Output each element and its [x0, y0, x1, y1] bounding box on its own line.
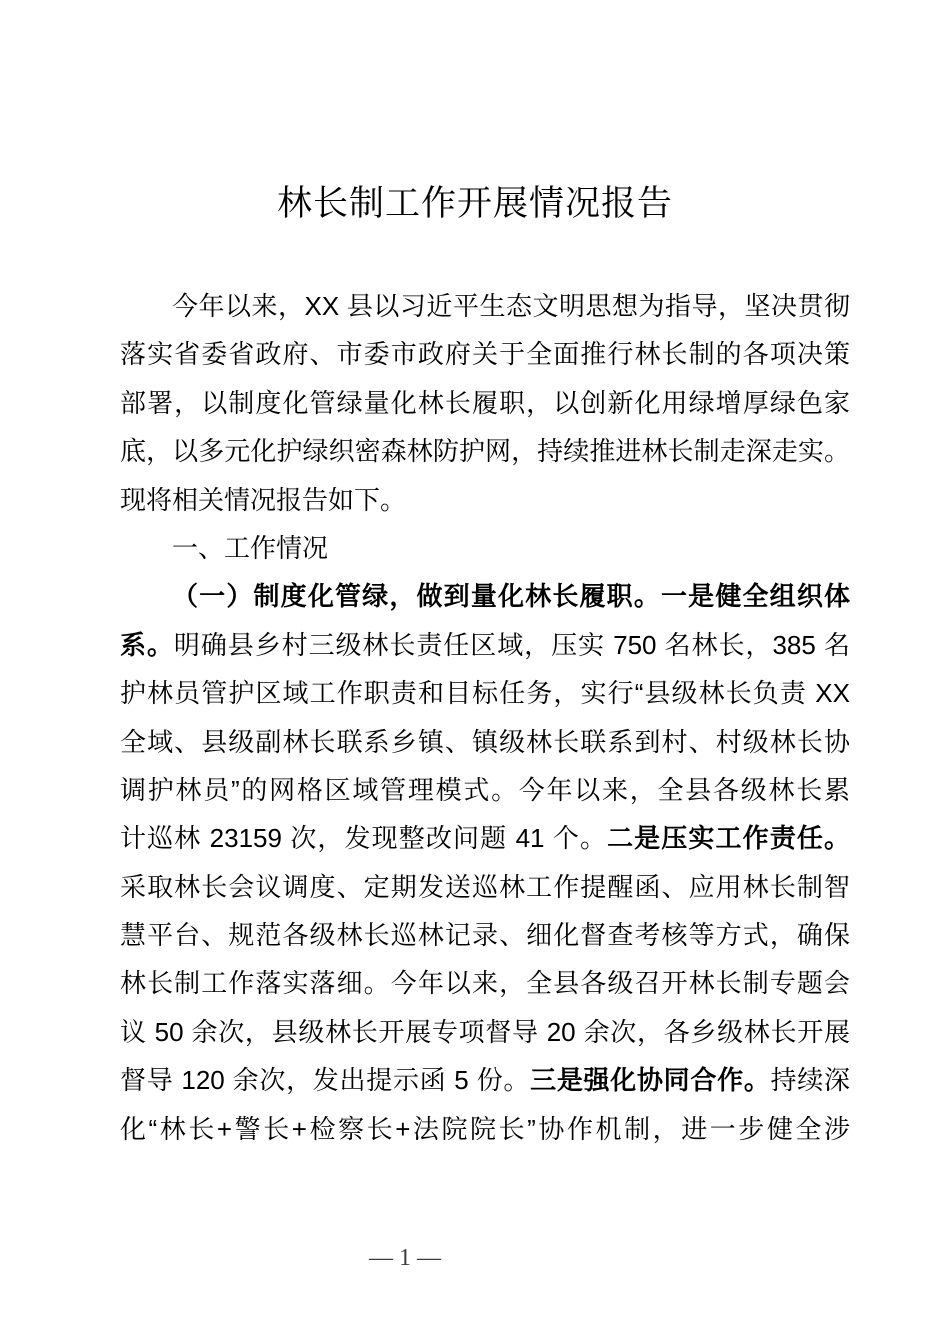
- text-run: 落实省委省政府、市委市政府关于全面推行林长制的各项决策: [120, 339, 850, 369]
- text-run: 议 50 余次，县级林长开展专项督导 20 余次，各乡级林长开展: [120, 1017, 850, 1047]
- text-line: 化“林长+警长+检察长+法院院长”协作机制，进一步健全涉: [120, 1105, 850, 1153]
- text-run-bold: 二是压实工作责任。: [607, 823, 850, 853]
- text-run-bold: 系。: [120, 630, 174, 660]
- text-line: 采取林长会议调度、定期发送巡林工作提醒函、应用林长制智: [120, 863, 850, 911]
- text-line: 今年以来，XX 县以习近平生态文明思想为指导，坚决贯彻: [120, 282, 850, 330]
- subsection-heading-line: （一）制度化管绿，做到量化林长履职。一是健全组织体: [120, 572, 850, 620]
- text-line: 底，以多元化护绿织密森林防护网，持续推进林长制走深走实。: [120, 427, 850, 475]
- text-line: 部署，以制度化管绿量化林长履职，以创新化用绿增厚绿色家: [120, 379, 850, 427]
- text-run: 化“林长+警长+检察长+法院院长”协作机制，进一步健全涉: [120, 1114, 850, 1144]
- text-line: 调护林员”的网格区域管理模式。今年以来，全县各级林长累: [120, 766, 850, 814]
- text-run: 督导 120 余次，发出提示函 5 份。: [120, 1065, 530, 1095]
- text-run: 持续深: [771, 1065, 850, 1095]
- text-line: 议 50 余次，县级林长开展专项督导 20 余次，各乡级林长开展: [120, 1008, 850, 1056]
- text-line: 全域、县级副林长联系乡镇、镇级林长联系到村、村级林长协: [120, 718, 850, 766]
- text-run-bold: （一）制度化管绿，做到量化林长履职。一是健全组织体: [172, 581, 850, 611]
- text-line: 林长制工作落实落细。今年以来，全县各级召开林长制专题会: [120, 959, 850, 1007]
- text-run: 部署，以制度化管绿量化林长履职，以创新化用绿增厚绿色家: [120, 388, 850, 418]
- text-run: 慧平台、规范各级林长巡林记录、细化督查考核等方式，确保: [120, 920, 850, 950]
- text-run: 现将相关情况报告如下。: [120, 485, 406, 515]
- text-line: 计巡林 23159 次，发现整改问题 41 个。二是压实工作责任。: [120, 814, 850, 862]
- text-run: 一、工作情况: [172, 533, 328, 563]
- text-run: 全域、县级副林长联系乡镇、镇级林长联系到村、村级林长协: [120, 727, 850, 757]
- text-run: 林长制工作落实落细。今年以来，全县各级召开林长制专题会: [120, 968, 850, 998]
- text-run: 今年以来，XX 县以习近平生态文明思想为指导，坚决贯彻: [172, 291, 850, 321]
- text-line: 落实省委省政府、市委市政府关于全面推行林长制的各项决策: [120, 330, 850, 378]
- text-run: 调护林员”的网格区域管理模式。今年以来，全县各级林长累: [120, 775, 850, 805]
- text-run: 明确县乡村三级林长责任区域，压实 750 名林长，385 名: [174, 630, 850, 660]
- document-title: 林长制工作开展情况报告: [0, 182, 950, 226]
- document-page: 林长制工作开展情况报告 今年以来，XX 县以习近平生态文明思想为指导，坚决贯彻 …: [0, 0, 950, 1344]
- text-line: 护林员管护区域工作职责和目标任务，实行“县级林长负责 XX: [120, 669, 850, 717]
- text-run-bold: 三是强化协同合作。: [530, 1065, 770, 1095]
- text-line: 现将相关情况报告如下。: [120, 476, 850, 524]
- text-run: 计巡林 23159 次，发现整改问题 41 个。: [120, 823, 607, 853]
- section-heading-line: 一、工作情况: [120, 524, 850, 572]
- text-line: 慧平台、规范各级林长巡林记录、细化督查考核等方式，确保: [120, 911, 850, 959]
- page-number: — 1 —: [369, 1245, 441, 1271]
- text-run: 底，以多元化护绿织密森林防护网，持续推进林长制走深走实。: [120, 436, 850, 466]
- text-line: 督导 120 余次，发出提示函 5 份。三是强化协同合作。持续深: [120, 1056, 850, 1104]
- text-line: 系。明确县乡村三级林长责任区域，压实 750 名林长，385 名: [120, 621, 850, 669]
- text-run: 护林员管护区域工作职责和目标任务，实行“县级林长负责 XX: [120, 678, 850, 708]
- document-body: 今年以来，XX 县以习近平生态文明思想为指导，坚决贯彻 落实省委省政府、市委市政…: [120, 282, 850, 1153]
- text-run: 采取林长会议调度、定期发送巡林工作提醒函、应用林长制智: [120, 872, 850, 902]
- page-footer: — 1 —: [0, 1243, 810, 1273]
